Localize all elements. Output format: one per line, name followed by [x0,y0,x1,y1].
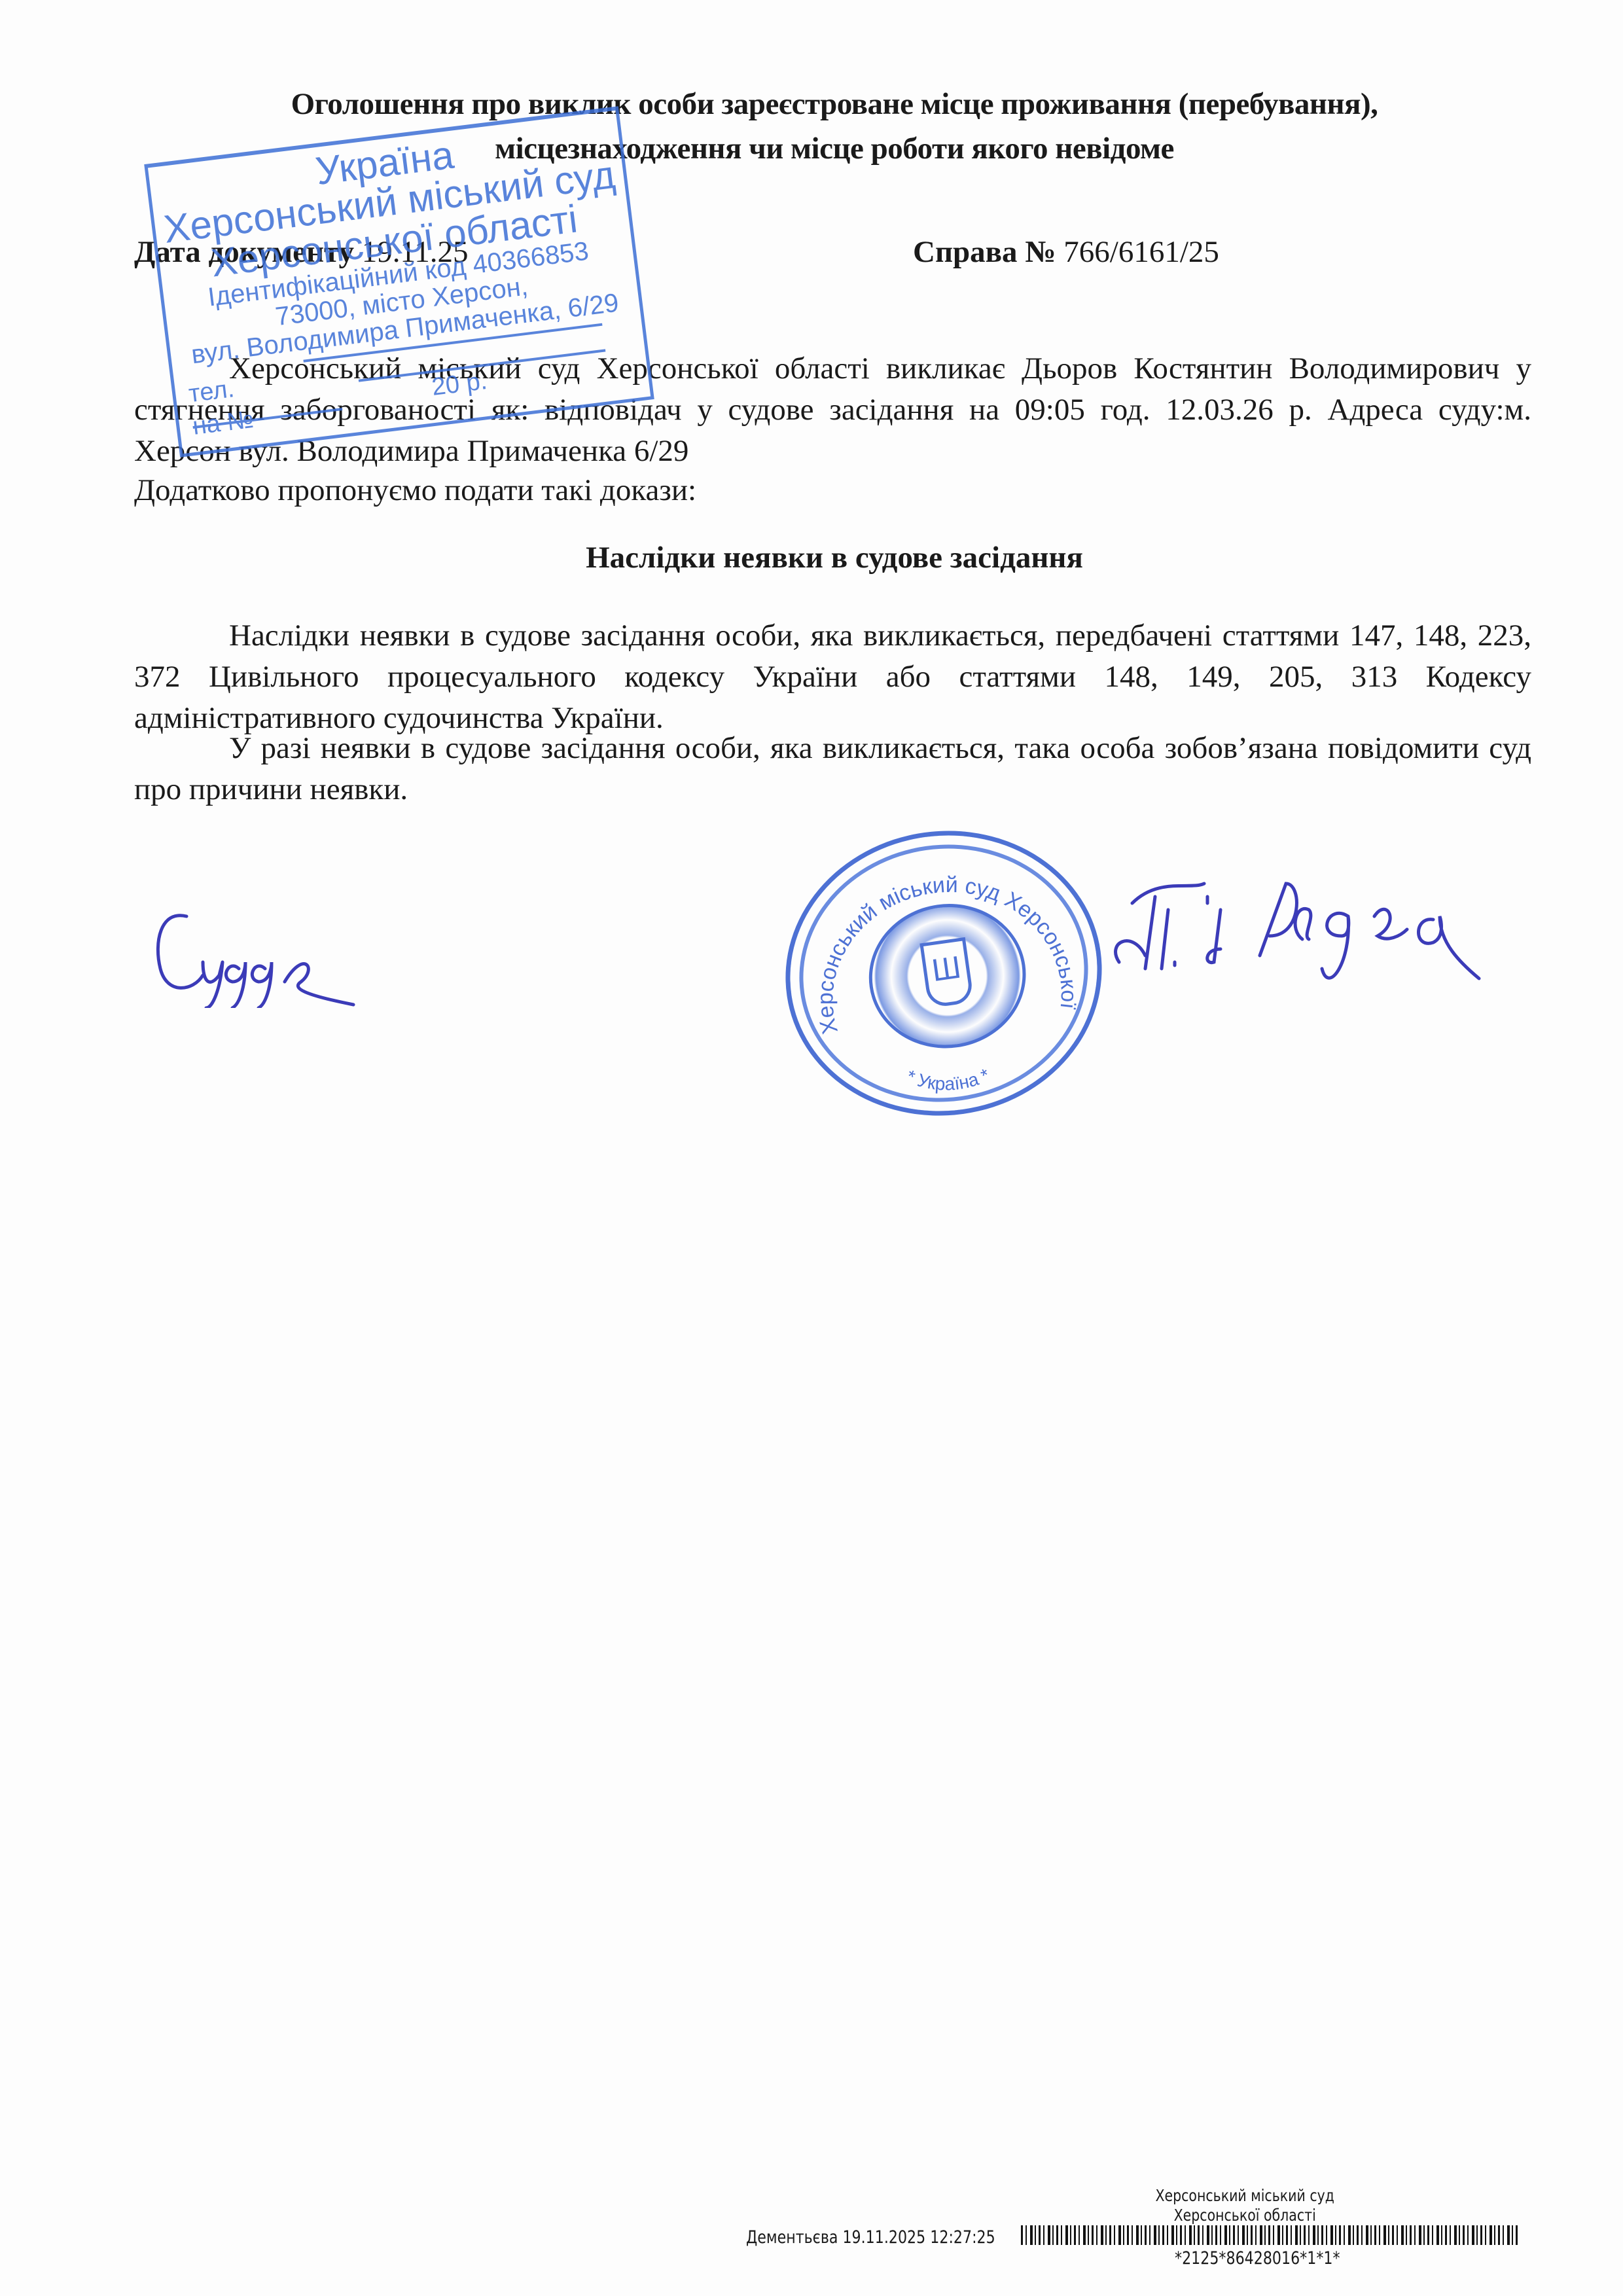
additional-evidence-line: Додатково пропонуємо подати такі докази: [134,473,696,508]
judge-label-signature [147,897,357,1008]
judge-signature [1106,864,1486,995]
footer-court-line-1: Херсонський міський суд [1132,2186,1357,2206]
barcode-number: *2125*86428016*1*1* [1175,2248,1340,2269]
svg-text:* Україна *: * Україна * [901,1055,994,1101]
svg-text:Херсонський міський суд Херсон: Херсонський міський суд Херсонської обла… [772,816,1085,1058]
document-barcode [1021,2225,1518,2245]
date-value: 19.11.25 [362,235,469,269]
court-round-seal: Херсонський міський суд Херсонської обла… [767,810,1120,1136]
stamp-city: 73000, місто Херсон, [166,259,637,345]
case-value: 766/6161/25 [1063,235,1219,269]
section-title-consequences: Наслідки неявки в судове засідання [131,540,1538,575]
date-label: Дата документу [134,235,354,269]
title-line-2: місцезнаходження чи місце роботи якого н… [131,126,1538,171]
document-title: Оголошення про виклик особи зареєстрован… [131,82,1538,171]
case-number: Справа № 766/6161/25 [913,234,1219,270]
document-page: Оголошення про виклик особи зареєстрован… [0,0,1623,2296]
footer-court-line-2: Херсонської області [1132,2206,1357,2225]
seal-ring-text: Херсонський міський суд Херсонської обла… [772,816,1115,1130]
summons-paragraph: Херсонський міський суд Херсонської обла… [134,348,1531,472]
footer-operator-timestamp: Дементьєва 19.11.2025 12:27:25 [746,2227,995,2248]
footer-court-name: Херсонський міський суд Херсонської обла… [1132,2186,1357,2225]
obligation-paragraph: У разі неявки в судове засідання особи, … [134,728,1531,810]
trident-emblem-icon: Ш [919,937,974,1009]
consequences-paragraph: Наслідки неявки в судове засідання особи… [134,615,1531,739]
seal-inner-ring [860,894,1035,1058]
case-label: Справа № [913,235,1056,269]
title-line-1: Оголошення про виклик особи зареєстрован… [131,82,1538,126]
document-date: Дата документу 19.11.25 [134,234,469,270]
